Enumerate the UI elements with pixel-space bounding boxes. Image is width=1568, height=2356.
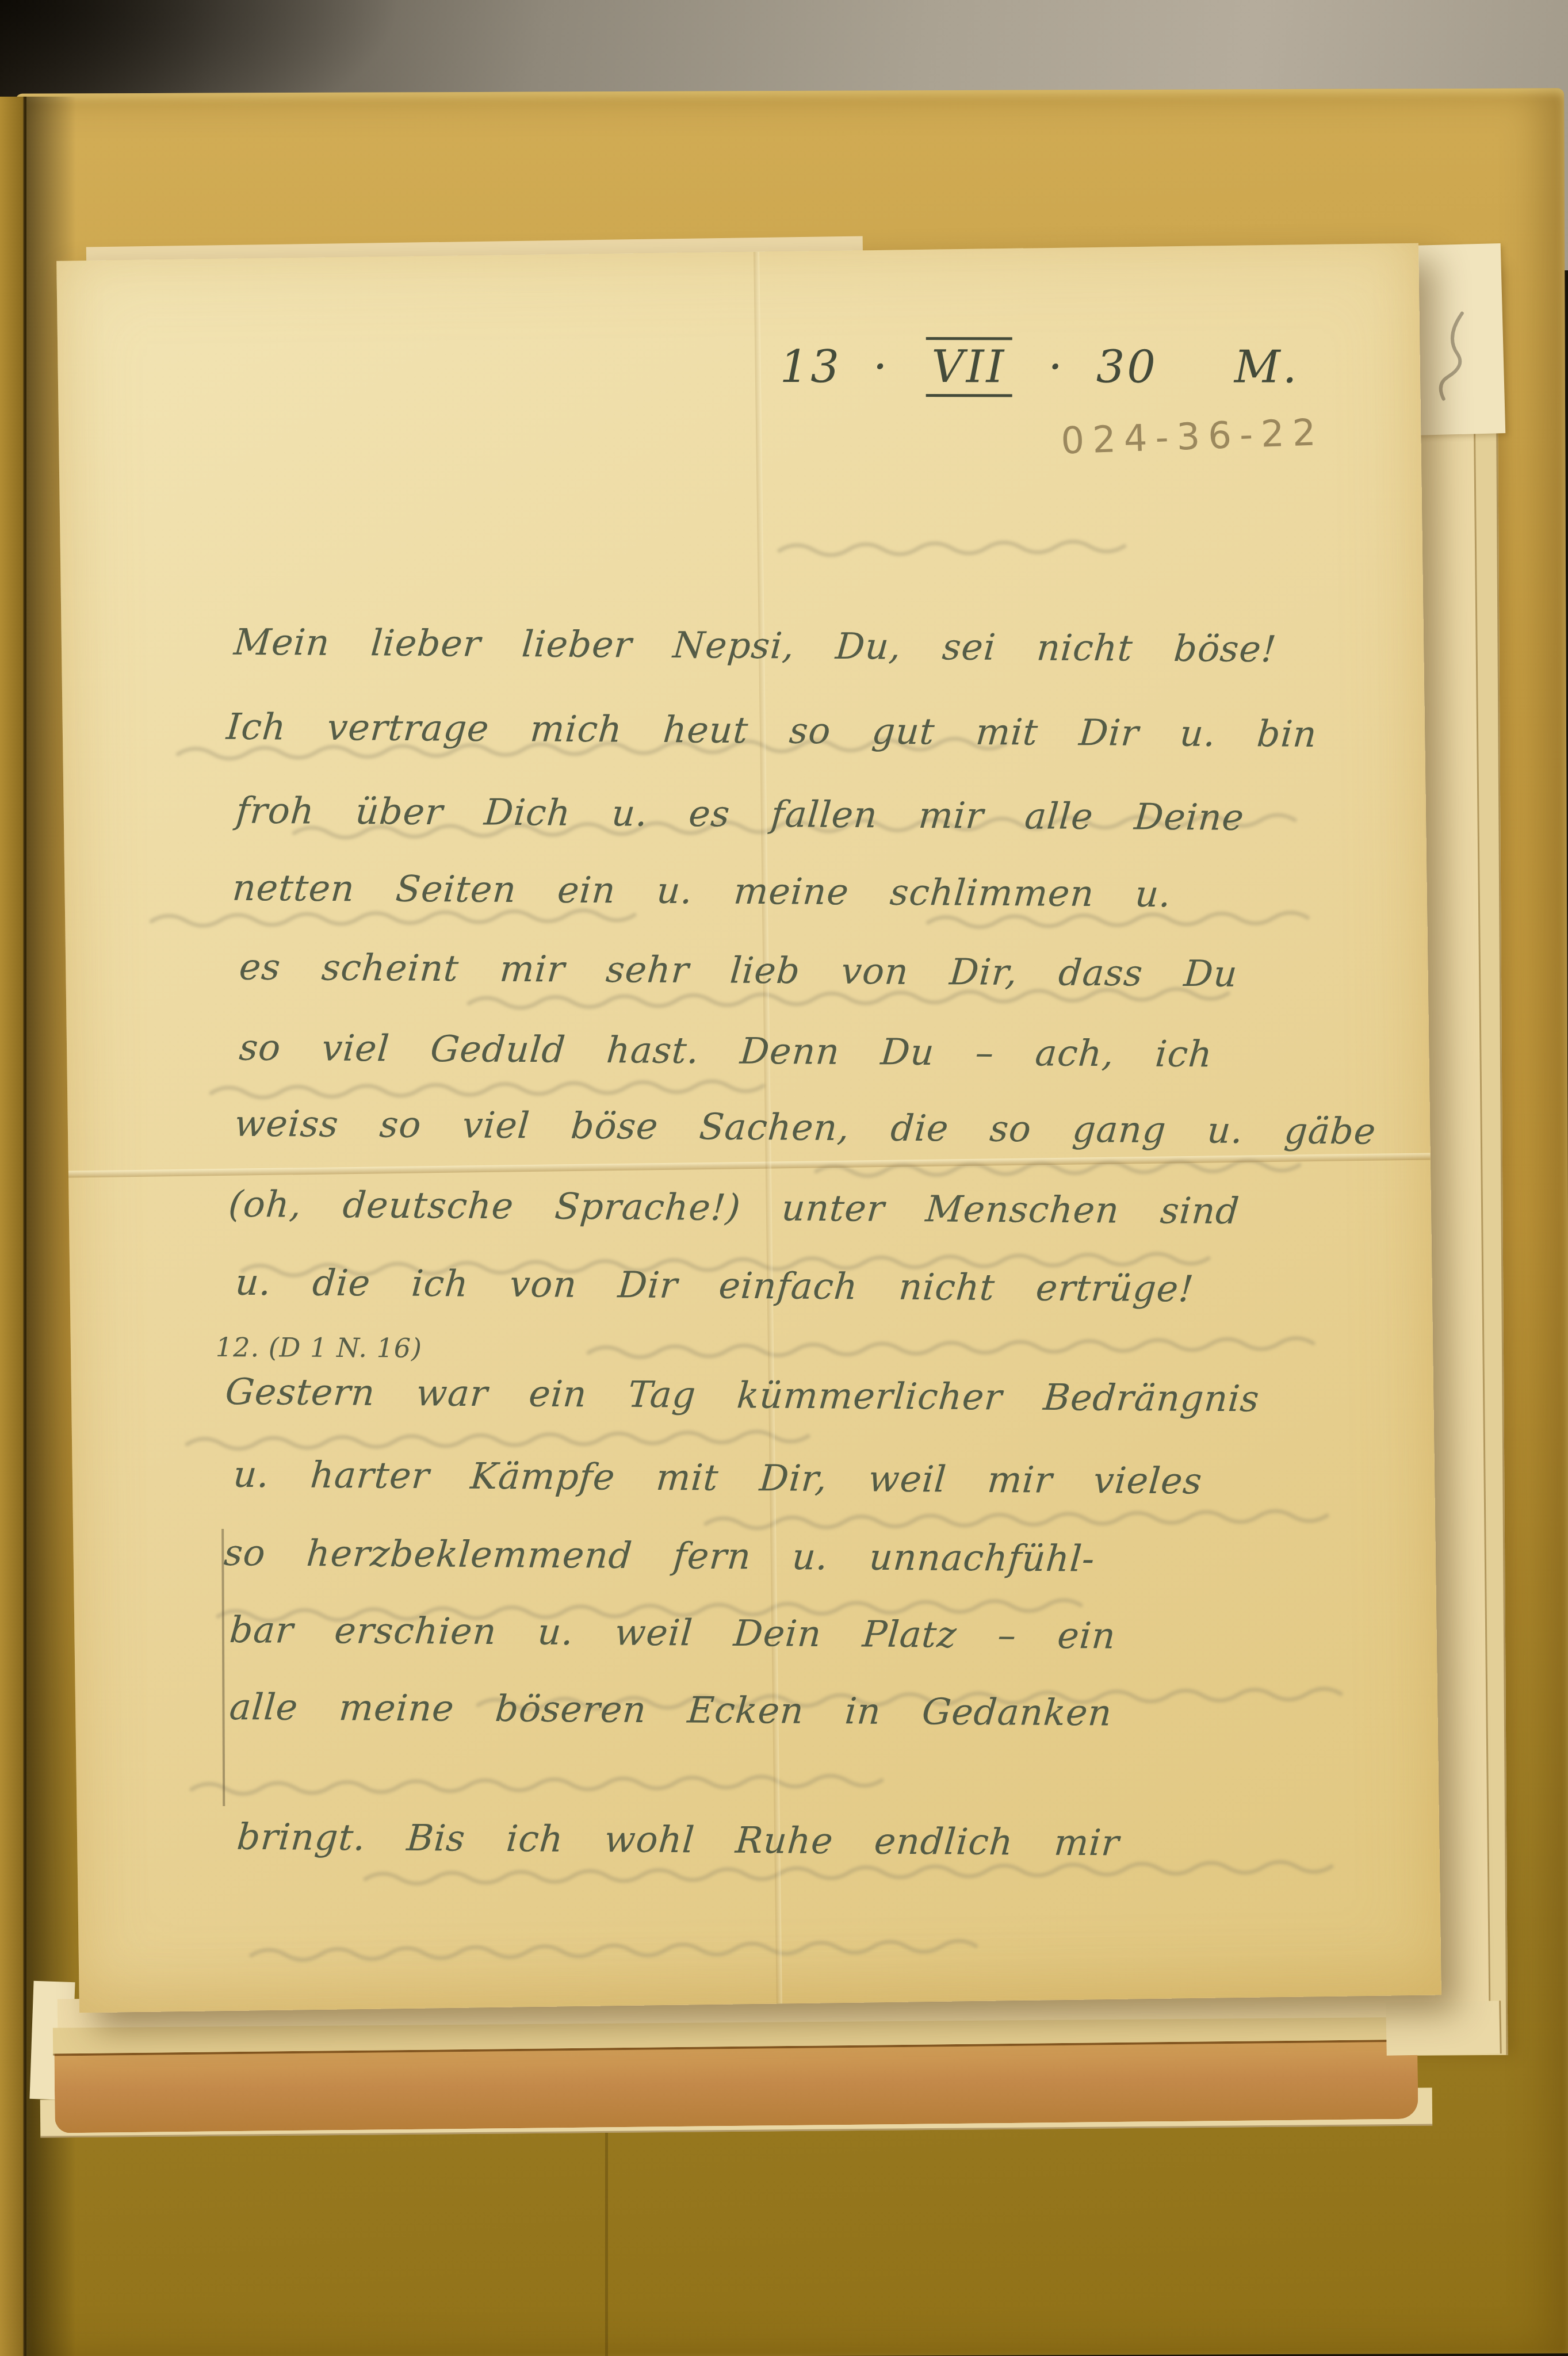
- date-year: 30: [1096, 341, 1158, 393]
- handwriting-line: bar erschien u. weil Dein Platz – ein: [228, 1612, 1117, 1654]
- margin-note: 12. (D 1 N. 16): [216, 1334, 422, 1361]
- handwriting-line: so viel Geduld hast. Denn Du – ach, ich: [238, 1030, 1214, 1073]
- handwriting-line: alle meine böseren Ecken in Gedanken: [228, 1689, 1114, 1731]
- handwriting-line: netten Seiten ein u. meine schlimmen u.: [231, 870, 1173, 912]
- archive-number: 024-36-22: [1060, 414, 1324, 460]
- letter-page: 13 · VII · 30 M. 024-36-22 Mein lieber l…: [56, 243, 1441, 2013]
- handwriting-line: so herzbeklemmend fern u. unnachfühl-: [223, 1535, 1096, 1577]
- handwriting-line: es scheint mir sehr lieb von Dir, dass D…: [238, 949, 1239, 992]
- date-separator: ·: [873, 341, 890, 393]
- date-month-roman: VII: [925, 337, 1012, 397]
- pencil-squiggle-mark: [1421, 295, 1493, 412]
- tanned-envelope-strip: [54, 2040, 1418, 2133]
- handwriting-line: Ich vertrage mich heut so gut mit Dir u.…: [225, 709, 1318, 752]
- handwriting-line: u. die ich von Dir einfach nicht ertrüge…: [234, 1264, 1195, 1307]
- handwriting-line: u. harter Kämpfe mit Dir, weil mir viele…: [232, 1456, 1203, 1500]
- handwriting-line: Mein lieber lieber Nepsi, Du, sei nicht …: [232, 624, 1278, 668]
- under-sheet-corner: [1410, 243, 1506, 435]
- handwriting-line: bringt. Bis ich wohl Ruhe endlich mir: [236, 1819, 1121, 1861]
- date-suffix: M.: [1234, 342, 1299, 393]
- handwriting-line: (oh, deutsche Sprache!) unter Menschen s…: [227, 1186, 1241, 1229]
- stack-edge-right: [1386, 2001, 1502, 2055]
- archival-photo-scene: 13 · VII · 30 M. 024-36-22 Mein lieber l…: [0, 0, 1568, 2356]
- handwriting-line: Gestern war ein Tag kümmerlicher Bedräng…: [224, 1374, 1261, 1417]
- date-line: 13 · VII · 30 M.: [780, 343, 1299, 393]
- left-folder-edge: [0, 97, 26, 2356]
- handwriting-line: weiss so viel böse Sachen, die so gang u…: [233, 1106, 1377, 1150]
- handwriting-line: froh über Dich u. es fallen mir alle Dei…: [235, 793, 1245, 836]
- date-separator: ·: [1048, 341, 1065, 393]
- date-day: 13: [780, 341, 842, 393]
